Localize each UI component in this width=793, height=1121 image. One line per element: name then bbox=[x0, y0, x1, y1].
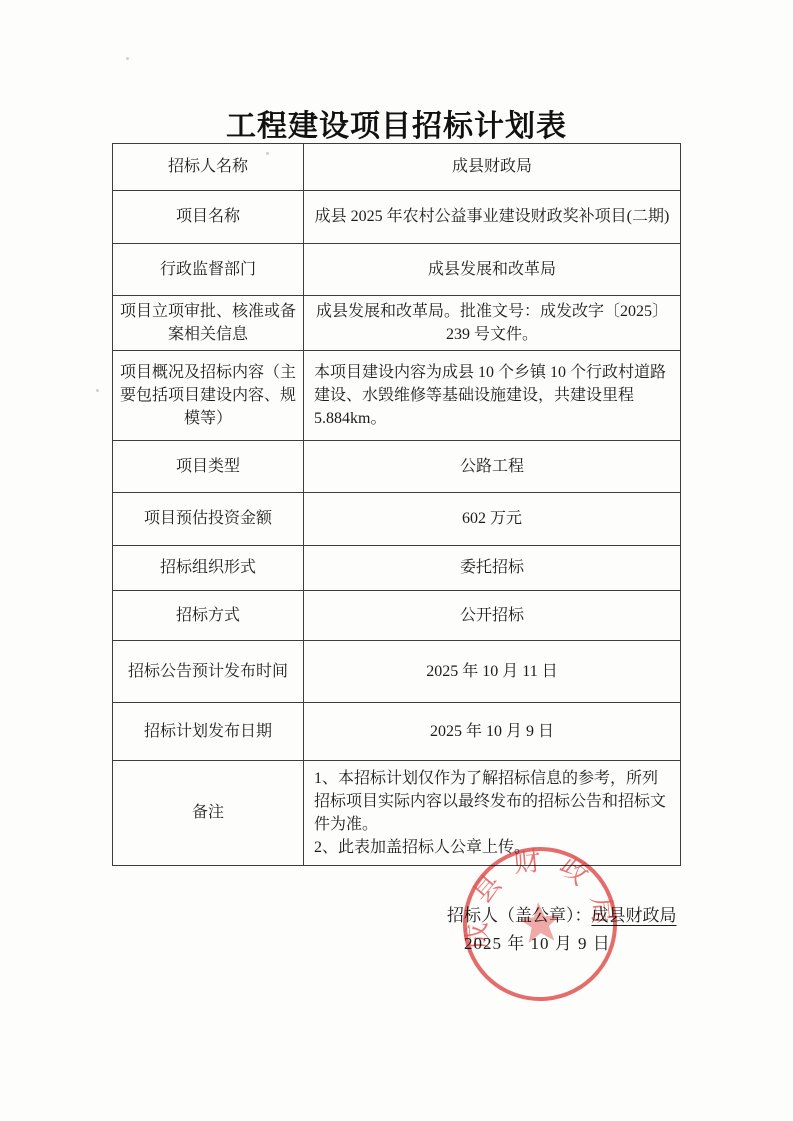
row-label: 项目预估投资金额 bbox=[113, 493, 304, 546]
scanned-document-page: 工程建设项目招标计划表 招标人名称 成县财政局 项目名称 成县 2025 年农村… bbox=[0, 0, 793, 1121]
table-row: 招标方式 公开招标 bbox=[113, 591, 681, 641]
signer-name: 成县财政局 bbox=[592, 906, 677, 925]
table-row: 招标组织形式 委托招标 bbox=[113, 546, 681, 591]
table-row: 项目立项审批、核准或备案相关信息 成县发展和改革局。批准文号：成发改字〔2025… bbox=[113, 296, 681, 351]
table-row: 招标公告预计发布时间 2025 年 10 月 11 日 bbox=[113, 641, 681, 703]
table-row: 项目预估投资金额 602 万元 bbox=[113, 493, 681, 546]
row-label: 招标方式 bbox=[113, 591, 304, 641]
row-label: 招标计划发布日期 bbox=[113, 703, 304, 761]
remark-line-1: 1、本招标计划仅作为了解招标信息的参考，所列招标项目实际内容以最终发布的招标公告… bbox=[314, 767, 670, 837]
scan-speck bbox=[266, 152, 269, 155]
row-value: 公开招标 bbox=[304, 591, 681, 641]
table-row: 招标计划发布日期 2025 年 10 月 9 日 bbox=[113, 703, 681, 761]
page-title: 工程建设项目招标计划表 bbox=[0, 101, 793, 145]
scan-speck bbox=[126, 57, 129, 60]
table-row: 项目名称 成县 2025 年农村公益事业建设财政奖补项目(二期) bbox=[113, 191, 681, 244]
signature-line: 招标人（盖公章）：成县财政局 bbox=[447, 904, 677, 928]
table-row: 项目概况及招标内容（主要包括项目建设内容、规模等） 本项目建设内容为成县 10 … bbox=[113, 351, 681, 441]
scan-speck bbox=[96, 389, 99, 392]
row-label: 行政监督部门 bbox=[113, 244, 304, 296]
row-value: 成县发展和改革局。批准文号：成发改字〔2025〕239 号文件。 bbox=[304, 296, 681, 351]
row-label: 项目名称 bbox=[113, 191, 304, 244]
row-value: 本项目建设内容为成县 10 个乡镇 10 个行政村道路建设、水毁维修等基础设施建… bbox=[304, 351, 681, 441]
signature-date: 2025 年 10 月 9 日 bbox=[464, 929, 611, 954]
row-value: 2025 年 10 月 9 日 bbox=[304, 703, 681, 761]
table-row: 项目类型 公路工程 bbox=[113, 441, 681, 493]
row-value: 公路工程 bbox=[304, 441, 681, 493]
row-label: 招标人名称 bbox=[113, 144, 304, 191]
row-label: 招标公告预计发布时间 bbox=[113, 641, 304, 703]
row-label: 项目类型 bbox=[113, 441, 304, 493]
row-value: 成县财政局 bbox=[304, 144, 681, 191]
row-value: 602 万元 bbox=[304, 493, 681, 546]
table-row: 招标人名称 成县财政局 bbox=[113, 144, 681, 191]
bidding-plan-table: 招标人名称 成县财政局 项目名称 成县 2025 年农村公益事业建设财政奖补项目… bbox=[112, 143, 681, 866]
row-value: 委托招标 bbox=[304, 546, 681, 591]
row-label: 项目立项审批、核准或备案相关信息 bbox=[113, 296, 304, 351]
table-row: 备注 1、本招标计划仅作为了解招标信息的参考，所列招标项目实际内容以最终发布的招… bbox=[113, 761, 681, 866]
table-row: 行政监督部门 成县发展和改革局 bbox=[113, 244, 681, 296]
row-value: 成县发展和改革局 bbox=[304, 244, 681, 296]
row-value-remark: 1、本招标计划仅作为了解招标信息的参考，所列招标项目实际内容以最终发布的招标公告… bbox=[304, 761, 681, 866]
row-value: 2025 年 10 月 11 日 bbox=[304, 641, 681, 703]
remark-line-2: 2、此表加盖招标人公章上传。 bbox=[314, 836, 670, 859]
row-value: 成县 2025 年农村公益事业建设财政奖补项目(二期) bbox=[304, 191, 681, 244]
row-label: 项目概况及招标内容（主要包括项目建设内容、规模等） bbox=[113, 351, 304, 441]
row-label: 招标组织形式 bbox=[113, 546, 304, 591]
row-label: 备注 bbox=[113, 761, 304, 866]
signer-label: 招标人（盖公章）： bbox=[447, 906, 592, 925]
